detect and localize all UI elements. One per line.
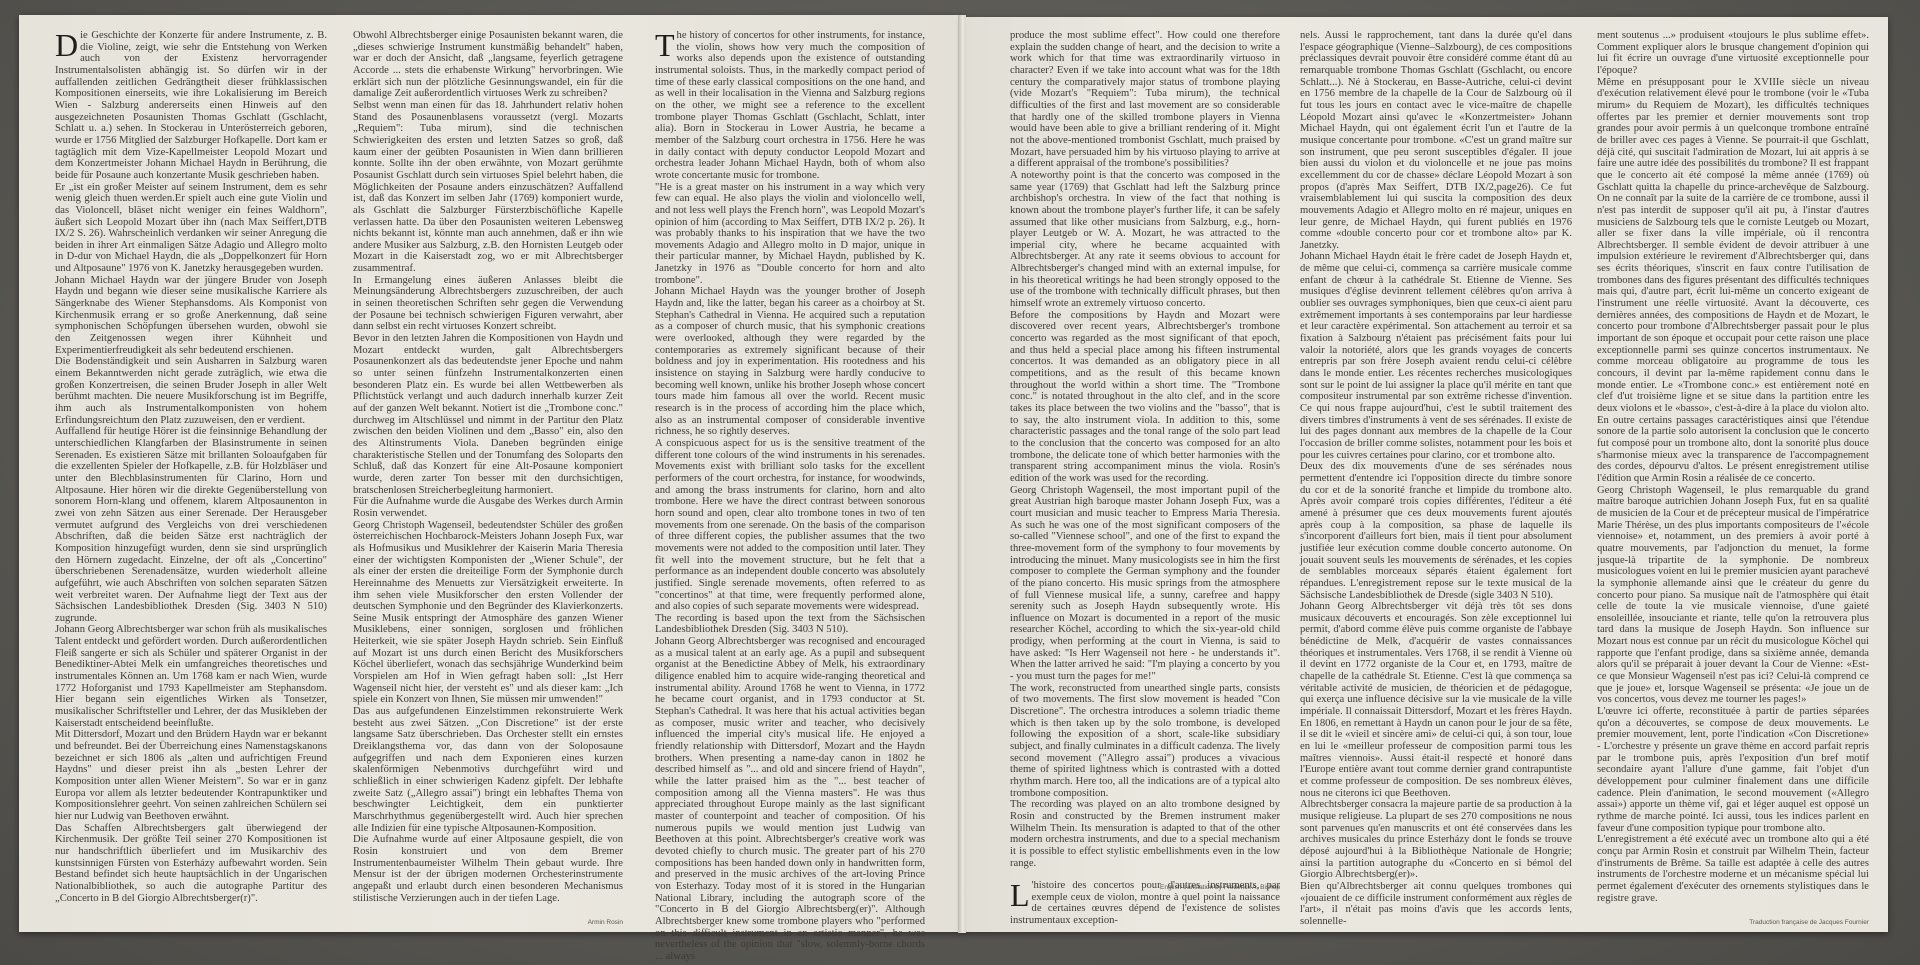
paragraph: Obwohl Albrechtsberger einige Posauniste… [353, 30, 623, 100]
paragraph: Georg Christoph Wagenseil, bedeutendster… [353, 520, 623, 707]
english-column-1: The history of concertos for other instr… [655, 30, 925, 963]
paragraph: Johann Georg Albrechtsberger was recogni… [655, 636, 925, 962]
german-column-2: Obwohl Albrechtsberger einige Posauniste… [353, 30, 623, 928]
paragraph: L'enregistrement a été exécuté avec un t… [1597, 834, 1869, 904]
paragraph: Das Schaffen Albrechtsbergers galt überw… [55, 823, 327, 905]
paragraph: Bevor in den letzten Jahren die Komposit… [353, 333, 623, 496]
paragraph: In Ermangelung eines äußeren Anlasses bl… [353, 275, 623, 333]
paragraph: Johann Georg Albrechtsberger war schon f… [55, 624, 327, 729]
dropcap: D [55, 32, 78, 58]
paragraph: The work, reconstructed from unearthed s… [1010, 683, 1280, 800]
paragraph: Das aus aufgefundenen Einzelstimmen reko… [353, 706, 623, 834]
french-column-2: ment soutenus ...» produisent «toujours … [1597, 30, 1869, 928]
dropcap: L [1010, 882, 1030, 908]
paragraph: Johann Michael Haydn was the younger bro… [655, 286, 925, 438]
paragraph: Johann Georg Albrechtsberger vit déjà tr… [1300, 601, 1572, 799]
paragraph: Johann Michael Haydn était le frère cade… [1300, 251, 1572, 461]
translator-credit: Traduction française de Jacques Fournier [1597, 918, 1869, 928]
paragraph: Für die Aufnahme wurde die Ausgabe des W… [353, 496, 623, 519]
paragraph: The history of concertos for other instr… [655, 30, 925, 182]
paragraph: Mit Dittersdorf, Mozart und den Brüdern … [55, 729, 327, 822]
french-column-1: nels. Aussi le rapprochement, tant dans … [1300, 30, 1572, 928]
paragraph: Même en présupposant pour le XVIIIe sièc… [1597, 77, 1869, 485]
paragraph: Selbst wenn man einen für das 18. Jahrhu… [353, 100, 623, 275]
paragraph: Die Bodenständigkeit und sein Ausharren … [55, 356, 327, 426]
paragraph: ment soutenus ...» produisent «toujours … [1597, 30, 1869, 77]
paragraph: Die Aufnahme wurde auf einer Altposaune … [353, 834, 623, 904]
paragraph: Georg Christoph Wagenseil, le plus remar… [1597, 485, 1869, 706]
paragraph: The recording was played on an alto trom… [1010, 799, 1280, 869]
paragraph: Johann Michael Haydn war der jüngere Bru… [55, 275, 327, 357]
paragraph: Die Geschichte der Konzerte für andere I… [55, 30, 327, 182]
paragraph: The recording is based upon the text fro… [655, 613, 925, 636]
paragraph: Auffallend für heutige Hörer ist die fei… [55, 426, 327, 624]
dropcap: T [655, 32, 675, 58]
paragraph: Er „ist ein großer Meister auf seinem In… [55, 182, 327, 275]
paragraph: nels. Aussi le rapprochement, tant dans … [1300, 30, 1572, 251]
author-credit: Armin Rosin [353, 918, 623, 928]
paragraph: Bien qu'Albrechtsberger ait connu quelqu… [1300, 881, 1572, 928]
paragraph: A conspicuous aspect for us is the sensi… [655, 438, 925, 613]
paragraph: Albrechtsberger consacra la majeure part… [1300, 799, 1572, 881]
german-column-1: Die Geschichte der Konzerte für andere I… [55, 30, 327, 904]
paragraph: A noteworthy point is that the concerto … [1010, 170, 1280, 310]
paragraph: Georg Christoph Wagenseil, the most impo… [1010, 485, 1280, 683]
french-opening: L'histoire des concertos pour d'autres i… [1010, 880, 1280, 927]
paragraph: Deux des dix mouvements d'une de ses sér… [1300, 461, 1572, 601]
paragraph: "He is a great master on his instrument … [655, 182, 925, 287]
paragraph: produce the most sublime effect". How co… [1010, 30, 1280, 170]
gatefold-spine [958, 15, 966, 933]
paragraph: Before the compositions by Haydn and Moz… [1010, 310, 1280, 485]
paragraph: L'histoire des concertos pour d'autres i… [1010, 880, 1280, 927]
paragraph: L'œuvre ici offerte, reconstituée à part… [1597, 706, 1869, 834]
english-column-2: produce the most sublime effect". How co… [1010, 30, 1280, 893]
